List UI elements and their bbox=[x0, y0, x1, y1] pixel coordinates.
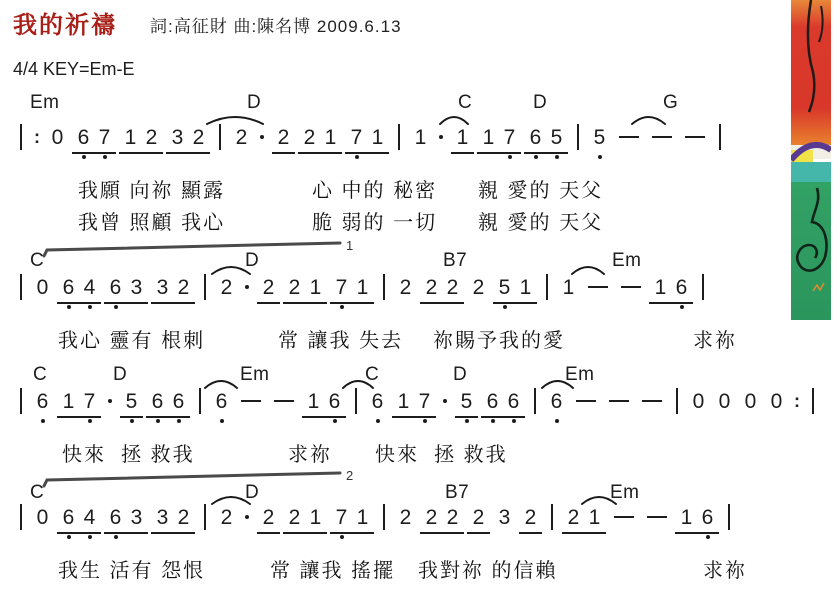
chord-label: D bbox=[245, 482, 259, 504]
note: 2 bbox=[468, 505, 489, 530]
note: 1 bbox=[584, 505, 605, 530]
note-group: 2 bbox=[394, 274, 417, 304]
chord-label: D bbox=[245, 250, 259, 272]
volta-bracket bbox=[44, 473, 340, 486]
lyric-segment: 常 讓我 搖擺 bbox=[270, 554, 395, 583]
note-group bbox=[545, 504, 559, 534]
augmentation-dot-icon bbox=[242, 505, 253, 530]
note-group bbox=[435, 124, 448, 154]
barline-icon bbox=[383, 504, 385, 530]
note: 3 bbox=[167, 125, 188, 150]
note: 1 bbox=[650, 275, 671, 300]
octave-dot-icon bbox=[88, 535, 92, 539]
lyric-segment: 心 中的 秘密 bbox=[312, 174, 437, 203]
note-group: 5 bbox=[588, 124, 611, 154]
note-group bbox=[256, 124, 269, 154]
note: 1 bbox=[410, 125, 431, 150]
note-group bbox=[241, 504, 254, 534]
octave-dot-icon bbox=[130, 419, 134, 423]
note-group: 66 bbox=[146, 388, 190, 418]
decorative-painting bbox=[791, 0, 831, 320]
octave-dot-icon bbox=[340, 305, 344, 309]
tie-arc bbox=[440, 117, 468, 124]
note: 2 bbox=[216, 275, 237, 300]
note-group: 2 bbox=[230, 124, 253, 154]
notation-row-3: 61756661661756660000: bbox=[14, 388, 823, 418]
painting-artwork bbox=[791, 0, 831, 320]
note-group: 64 bbox=[57, 274, 101, 304]
note-group bbox=[571, 388, 601, 418]
duration-dash-icon bbox=[609, 400, 629, 403]
meter-and-key: 4/4 KEY=Em-E bbox=[13, 59, 135, 80]
note-group: 0 bbox=[31, 274, 54, 304]
chord-label: Em bbox=[30, 92, 60, 114]
note-group: 5 bbox=[455, 388, 478, 418]
barline-icon bbox=[20, 124, 22, 150]
note: 6 bbox=[73, 125, 94, 150]
note-group: 2 bbox=[257, 504, 280, 534]
lyric-segment: 常 讓我 失去 bbox=[278, 324, 403, 353]
note-group bbox=[647, 124, 677, 154]
note: 2 bbox=[421, 275, 442, 300]
augmentation-dot-icon bbox=[440, 389, 451, 414]
barline-icon bbox=[355, 388, 357, 414]
chord-label: C bbox=[33, 364, 47, 386]
note-group bbox=[604, 388, 634, 418]
barline-icon bbox=[676, 388, 678, 414]
note: 2 bbox=[284, 505, 305, 530]
note-group: 6 bbox=[366, 388, 389, 418]
note: 1 bbox=[320, 125, 341, 150]
note: 2 bbox=[299, 125, 320, 150]
song-title: 我的祈禱 bbox=[13, 5, 117, 40]
note-group: 16 bbox=[675, 504, 719, 534]
note-group: 21 bbox=[562, 504, 606, 534]
note: 2 bbox=[563, 505, 584, 530]
note-group bbox=[14, 124, 28, 154]
note-group bbox=[571, 124, 585, 154]
note-group: 12 bbox=[119, 124, 163, 154]
barline-icon bbox=[20, 388, 22, 414]
note: 2 bbox=[395, 505, 416, 530]
note-group: 17 bbox=[392, 388, 436, 418]
note-group: : bbox=[31, 124, 43, 154]
octave-dot-icon bbox=[680, 305, 684, 309]
chord-label: B7 bbox=[445, 482, 469, 504]
duration-dash-icon bbox=[642, 400, 662, 403]
note-group: 2 bbox=[467, 274, 490, 304]
note-group: 71 bbox=[330, 274, 374, 304]
note: 1 bbox=[478, 125, 499, 150]
duration-dash-icon bbox=[619, 136, 639, 139]
barline-icon bbox=[398, 124, 400, 150]
note: 7 bbox=[331, 505, 352, 530]
barline-icon bbox=[546, 274, 548, 300]
octave-dot-icon bbox=[114, 535, 118, 539]
note-group: 2 bbox=[272, 124, 295, 154]
repeat-colon-icon: : bbox=[792, 389, 802, 413]
note: 7 bbox=[79, 389, 100, 414]
octave-dot-icon bbox=[465, 419, 469, 423]
note-group bbox=[680, 124, 710, 154]
note: 6 bbox=[168, 389, 189, 414]
volta-bracket bbox=[44, 243, 340, 256]
octave-dot-icon bbox=[555, 419, 559, 423]
note-group: 5 bbox=[120, 388, 143, 418]
barline-icon bbox=[383, 274, 385, 300]
barline-icon bbox=[20, 504, 22, 530]
note: 1 bbox=[393, 389, 414, 414]
lyric-segment: 求祢 bbox=[693, 324, 737, 353]
note: 0 bbox=[47, 125, 68, 150]
duration-dash-icon bbox=[576, 400, 596, 403]
octave-dot-icon bbox=[534, 155, 538, 159]
note: 6 bbox=[367, 389, 388, 414]
chord-label: C bbox=[458, 92, 472, 114]
note-group: 17 bbox=[57, 388, 101, 418]
note: 2 bbox=[442, 275, 463, 300]
barline-icon bbox=[199, 388, 201, 414]
note-group bbox=[713, 124, 727, 154]
note: 1 bbox=[452, 125, 473, 150]
note-group: 32 bbox=[151, 274, 195, 304]
note-group bbox=[528, 388, 542, 418]
note-group bbox=[349, 388, 363, 418]
note-group bbox=[14, 274, 28, 304]
octave-dot-icon bbox=[376, 419, 380, 423]
duration-dash-icon bbox=[647, 516, 667, 519]
note-group bbox=[193, 388, 207, 418]
octave-dot-icon bbox=[555, 155, 559, 159]
octave-dot-icon bbox=[41, 419, 45, 423]
note: 0 bbox=[766, 389, 787, 414]
lyric-segment: 求祢 bbox=[288, 438, 332, 467]
note: 6 bbox=[671, 275, 692, 300]
note-group: 1 bbox=[451, 124, 474, 154]
note-group bbox=[583, 274, 613, 304]
octave-dot-icon bbox=[491, 419, 495, 423]
note: 1 bbox=[352, 505, 373, 530]
note-group: : bbox=[791, 388, 803, 418]
augmentation-dot-icon bbox=[242, 275, 253, 300]
lyric-segment: 親 愛的 天父 bbox=[478, 174, 603, 203]
note: 2 bbox=[173, 275, 194, 300]
note-group: 21 bbox=[298, 124, 342, 154]
tie-arc bbox=[632, 117, 665, 124]
barline-icon bbox=[719, 124, 721, 150]
note: 6 bbox=[546, 389, 567, 414]
chord-label: D bbox=[533, 92, 547, 114]
notation-row-4: 06463322221712222322116 bbox=[14, 504, 739, 534]
octave-dot-icon bbox=[88, 419, 92, 423]
note-group: 22 bbox=[420, 504, 464, 534]
note: 6 bbox=[503, 389, 524, 414]
duration-dash-icon bbox=[241, 400, 261, 403]
note: 2 bbox=[273, 125, 294, 150]
note: 1 bbox=[120, 125, 141, 150]
note-group bbox=[377, 504, 391, 534]
note-group: 16 bbox=[649, 274, 693, 304]
note: 6 bbox=[58, 275, 79, 300]
lyric-segment: 祢賜予我的愛 bbox=[433, 324, 565, 353]
chord-label: D bbox=[113, 364, 127, 386]
note: 6 bbox=[105, 275, 126, 300]
chord-label: G bbox=[663, 92, 678, 114]
barline-icon bbox=[20, 274, 22, 300]
note-group: 22 bbox=[420, 274, 464, 304]
note: 2 bbox=[520, 505, 541, 530]
note: 5 bbox=[456, 389, 477, 414]
note-group bbox=[806, 388, 820, 418]
note: 3 bbox=[152, 275, 173, 300]
chord-label: Em bbox=[565, 364, 595, 386]
note-group: 0 bbox=[739, 388, 762, 418]
note-group: 65 bbox=[524, 124, 568, 154]
note: 7 bbox=[414, 389, 435, 414]
note-group: 3 bbox=[493, 504, 516, 534]
lyric-segment: 快來 拯 救我 bbox=[62, 438, 195, 467]
note-group: 21 bbox=[283, 274, 327, 304]
chord-label: D bbox=[247, 92, 261, 114]
note-group bbox=[14, 388, 28, 418]
note-group bbox=[642, 504, 672, 534]
tie-arc bbox=[205, 381, 237, 388]
chord-label: C bbox=[30, 250, 44, 272]
note-group: 0 bbox=[46, 124, 69, 154]
volta-number: 2 bbox=[346, 468, 353, 483]
note-group: 16 bbox=[302, 388, 346, 418]
tie-arc bbox=[572, 267, 604, 274]
barline-icon bbox=[812, 388, 814, 414]
note-group: 32 bbox=[151, 504, 195, 534]
note-group: 63 bbox=[104, 274, 148, 304]
note-group: 0 bbox=[765, 388, 788, 418]
note: 1 bbox=[352, 275, 373, 300]
note-group bbox=[392, 124, 406, 154]
note: 1 bbox=[515, 275, 536, 300]
note-group: 1 bbox=[409, 124, 432, 154]
lyric-segment: 我願 向祢 顯露 bbox=[78, 174, 225, 203]
octave-dot-icon bbox=[114, 305, 118, 309]
note: 0 bbox=[740, 389, 761, 414]
song-credits: 詞:高征財 曲:陳名博 2009.6.13 bbox=[150, 12, 402, 37]
note-group bbox=[269, 388, 299, 418]
note: 2 bbox=[216, 505, 237, 530]
note: 2 bbox=[188, 125, 209, 150]
repeat-colon-icon: : bbox=[32, 125, 42, 149]
note: 2 bbox=[231, 125, 252, 150]
octave-dot-icon bbox=[82, 155, 86, 159]
note: 2 bbox=[468, 275, 489, 300]
note-group: 21 bbox=[283, 504, 327, 534]
octave-dot-icon bbox=[220, 419, 224, 423]
note: 6 bbox=[147, 389, 168, 414]
note-group: 2 bbox=[394, 504, 417, 534]
note-group: 63 bbox=[104, 504, 148, 534]
note-group bbox=[696, 274, 710, 304]
duration-dash-icon bbox=[685, 136, 705, 139]
note: 6 bbox=[58, 505, 79, 530]
note: 2 bbox=[258, 505, 279, 530]
note-group bbox=[104, 388, 117, 418]
octave-dot-icon bbox=[156, 419, 160, 423]
chord-label: Em bbox=[610, 482, 640, 504]
volta-number: 1 bbox=[346, 238, 353, 253]
note: 1 bbox=[305, 275, 326, 300]
note: 6 bbox=[324, 389, 345, 414]
note: 5 bbox=[121, 389, 142, 414]
octave-dot-icon bbox=[503, 305, 507, 309]
note-group: 67 bbox=[72, 124, 116, 154]
note: 7 bbox=[331, 275, 352, 300]
note: 1 bbox=[367, 125, 388, 150]
note-group: 32 bbox=[166, 124, 210, 154]
lyric-segment: 脆 弱的 一切 bbox=[312, 206, 437, 235]
note: 2 bbox=[141, 125, 162, 150]
octave-dot-icon bbox=[355, 155, 359, 159]
note: 1 bbox=[676, 505, 697, 530]
lyric-segment: 我對祢 的信賴 bbox=[418, 554, 558, 583]
note-group: 17 bbox=[477, 124, 521, 154]
barline-icon bbox=[534, 388, 536, 414]
note: 2 bbox=[173, 505, 194, 530]
augmentation-dot-icon bbox=[105, 389, 116, 414]
chord-label: Em bbox=[240, 364, 270, 386]
note: 0 bbox=[714, 389, 735, 414]
sheet-page: 我的祈禱 詞:高征財 曲:陳名博 2009.6.13 4/4 KEY=Em-E bbox=[0, 0, 833, 590]
duration-dash-icon bbox=[652, 136, 672, 139]
lyric-segment: 親 愛的 天父 bbox=[478, 206, 603, 235]
note-group: 71 bbox=[345, 124, 389, 154]
note: 0 bbox=[32, 275, 53, 300]
note-group: 6 bbox=[210, 388, 233, 418]
chord-label: D bbox=[453, 364, 467, 386]
octave-dot-icon bbox=[706, 535, 710, 539]
note-group bbox=[241, 274, 254, 304]
note-group: 2 bbox=[257, 274, 280, 304]
barline-icon bbox=[577, 124, 579, 150]
note-group bbox=[670, 388, 684, 418]
note: 1 bbox=[305, 505, 326, 530]
barline-icon bbox=[551, 504, 553, 530]
octave-dot-icon bbox=[423, 419, 427, 423]
note-group bbox=[377, 274, 391, 304]
octave-dot-icon bbox=[177, 419, 181, 423]
note-group bbox=[616, 274, 646, 304]
chord-label: C bbox=[365, 364, 379, 386]
notation-row-2: 0646332222171222251116 bbox=[14, 274, 713, 304]
lyric-segment: 我生 活有 怨恨 bbox=[58, 554, 205, 583]
note-group bbox=[614, 124, 644, 154]
octave-dot-icon bbox=[333, 419, 337, 423]
note: 6 bbox=[32, 389, 53, 414]
note: 5 bbox=[494, 275, 515, 300]
lyric-segment: 我曾 照顧 我心 bbox=[78, 206, 225, 235]
note-group: 0 bbox=[713, 388, 736, 418]
barline-icon bbox=[204, 504, 206, 530]
octave-dot-icon bbox=[88, 305, 92, 309]
barline-icon bbox=[702, 274, 704, 300]
note-group bbox=[198, 274, 212, 304]
octave-dot-icon bbox=[512, 419, 516, 423]
note: 2 bbox=[442, 505, 463, 530]
note: 6 bbox=[697, 505, 718, 530]
octave-dot-icon bbox=[67, 305, 71, 309]
note: 2 bbox=[395, 275, 416, 300]
duration-dash-icon bbox=[614, 516, 634, 519]
augmentation-dot-icon bbox=[257, 125, 268, 150]
paint-red-field bbox=[791, 0, 831, 150]
note: 2 bbox=[258, 275, 279, 300]
barline-icon bbox=[219, 124, 221, 150]
note-group bbox=[236, 388, 266, 418]
note-group: 66 bbox=[481, 388, 525, 418]
note-group: 51 bbox=[493, 274, 537, 304]
octave-dot-icon bbox=[598, 155, 602, 159]
note-group: 6 bbox=[31, 388, 54, 418]
note-group bbox=[722, 504, 736, 534]
note-group bbox=[609, 504, 639, 534]
octave-dot-icon bbox=[508, 155, 512, 159]
duration-dash-icon bbox=[588, 286, 608, 289]
octave-dot-icon bbox=[67, 535, 71, 539]
note: 1 bbox=[558, 275, 579, 300]
augmentation-dot-icon bbox=[436, 125, 447, 150]
duration-dash-icon bbox=[274, 400, 294, 403]
note-group: 2 bbox=[215, 504, 238, 534]
note: 3 bbox=[126, 505, 147, 530]
note-group: 0 bbox=[687, 388, 710, 418]
note: 6 bbox=[105, 505, 126, 530]
note: 0 bbox=[688, 389, 709, 414]
note: 4 bbox=[79, 275, 100, 300]
octave-dot-icon bbox=[103, 155, 107, 159]
note-group bbox=[439, 388, 452, 418]
octave-dot-icon bbox=[340, 535, 344, 539]
note-group: 2 bbox=[519, 504, 542, 534]
note-group: 2 bbox=[215, 274, 238, 304]
note: 3 bbox=[152, 505, 173, 530]
barline-icon bbox=[728, 504, 730, 530]
chord-label: C bbox=[30, 482, 44, 504]
note-group bbox=[540, 274, 554, 304]
note: 3 bbox=[494, 505, 515, 530]
note: 5 bbox=[589, 125, 610, 150]
note-group: 6 bbox=[545, 388, 568, 418]
tie-arc bbox=[207, 117, 263, 124]
note-group bbox=[14, 504, 28, 534]
note: 7 bbox=[94, 125, 115, 150]
note-group bbox=[198, 504, 212, 534]
note: 2 bbox=[421, 505, 442, 530]
note-group bbox=[637, 388, 667, 418]
note-group: 2 bbox=[467, 504, 490, 534]
note: 1 bbox=[58, 389, 79, 414]
chord-label: Em bbox=[612, 250, 642, 272]
note: 3 bbox=[126, 275, 147, 300]
lyric-segment: 快來 拯 救我 bbox=[375, 438, 508, 467]
note: 6 bbox=[525, 125, 546, 150]
note: 6 bbox=[482, 389, 503, 414]
note-group: 0 bbox=[31, 504, 54, 534]
note: 5 bbox=[546, 125, 567, 150]
note: 4 bbox=[79, 505, 100, 530]
note: 6 bbox=[211, 389, 232, 414]
note-group: 71 bbox=[330, 504, 374, 534]
note: 2 bbox=[284, 275, 305, 300]
note-group: 1 bbox=[557, 274, 580, 304]
note-group bbox=[213, 124, 227, 154]
